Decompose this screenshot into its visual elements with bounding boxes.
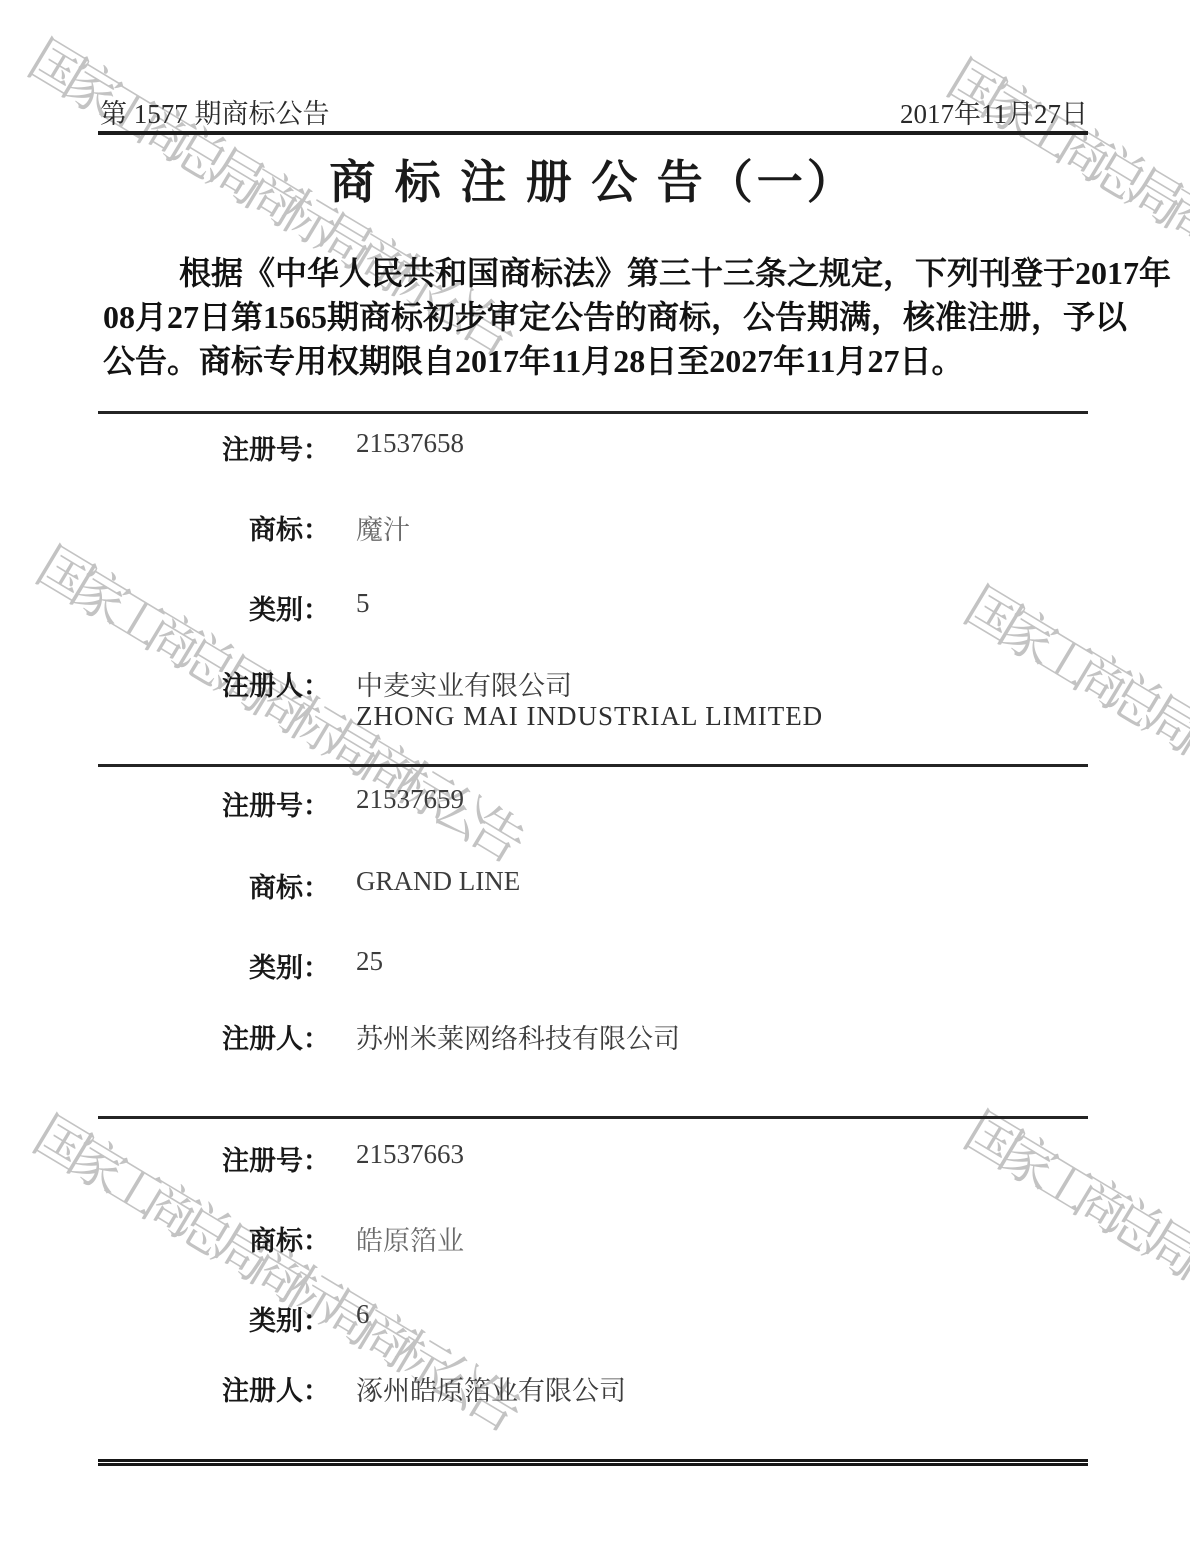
separator-rule xyxy=(98,764,1088,767)
reg-no-value: 21537663 xyxy=(356,1139,464,1170)
separator-rule xyxy=(98,411,1088,414)
class-row: 类别： 6 xyxy=(100,1299,1090,1338)
trademark-label: 商标： xyxy=(100,866,330,905)
trademark-row: 商标： 皓原箔业 xyxy=(100,1219,1090,1258)
trademark-row: 商标： 魔汁 xyxy=(100,508,1090,547)
registrant-en-value: ZHONG MAI INDUSTRIAL LIMITED xyxy=(356,701,823,732)
bottom-rule xyxy=(98,1459,1088,1466)
class-row: 类别： 25 xyxy=(100,946,1090,985)
registrant-label: 注册人： xyxy=(100,664,330,703)
header-rule xyxy=(98,131,1088,135)
reg-no-row: 注册号： 21537659 xyxy=(100,784,1090,823)
reg-no-label: 注册号： xyxy=(100,784,330,823)
header-date: 2017年11月27日 xyxy=(900,92,1088,131)
registrant-row: 注册人： 涿州皓原箔业有限公司 xyxy=(100,1369,1090,1408)
separator-rule xyxy=(98,1116,1088,1119)
trademark-value: GRAND LINE xyxy=(356,866,520,897)
trademark-value: 皓原箔业 xyxy=(356,1219,464,1258)
registrant-row: 注册人： 中麦实业有限公司 xyxy=(100,664,1090,703)
class-value: 6 xyxy=(356,1299,370,1330)
page-title: 商 标 注 册 公 告（一） xyxy=(98,146,1088,212)
reg-no-value: 21537658 xyxy=(356,428,464,459)
class-label: 类别： xyxy=(100,1299,330,1338)
registrant-label: 注册人： xyxy=(100,1369,330,1408)
registrant-label: 注册人： xyxy=(100,1017,330,1056)
gazette-page: 国家工商总局商标局商标公告 国家工商总局商标局商标公告 国家工商总局商标局商标公… xyxy=(0,0,1190,1564)
registrant-value: 涿州皓原箔业有限公司 xyxy=(356,1369,626,1408)
trademark-row: 商标： GRAND LINE xyxy=(100,866,1090,905)
registrant-value: 中麦实业有限公司 xyxy=(356,664,572,703)
registrant-value: 苏州米莱网络科技有限公司 xyxy=(356,1017,680,1056)
trademark-label: 商标： xyxy=(100,508,330,547)
intro-line-1: 根据《中华人民共和国商标法》第三十三条之规定，下列刊登于2017年 xyxy=(103,248,1166,294)
registrant-en-row: ZHONG MAI INDUSTRIAL LIMITED xyxy=(100,701,1090,732)
trademark-label: 商标： xyxy=(100,1219,330,1258)
reg-no-row: 注册号： 21537658 xyxy=(100,428,1090,467)
class-label: 类别： xyxy=(100,946,330,985)
class-value: 25 xyxy=(356,946,383,977)
intro-line-2: 08月27日第1565期商标初步审定公告的商标，公告期满，核准注册，予以 xyxy=(103,292,1090,338)
reg-no-label: 注册号： xyxy=(100,428,330,467)
class-row: 类别： 5 xyxy=(100,588,1090,627)
trademark-value: 魔汁 xyxy=(356,508,410,547)
class-label: 类别： xyxy=(100,588,330,627)
issue-number: 第 1577 期商标公告 xyxy=(100,92,330,131)
reg-no-row: 注册号： 21537663 xyxy=(100,1139,1090,1178)
reg-no-value: 21537659 xyxy=(356,784,464,815)
class-value: 5 xyxy=(356,588,370,619)
reg-no-label: 注册号： xyxy=(100,1139,330,1178)
registrant-row: 注册人： 苏州米莱网络科技有限公司 xyxy=(100,1017,1090,1056)
intro-line-3: 公告。商标专用权期限自2017年11月28日至2027年11月27日。 xyxy=(103,336,1090,382)
